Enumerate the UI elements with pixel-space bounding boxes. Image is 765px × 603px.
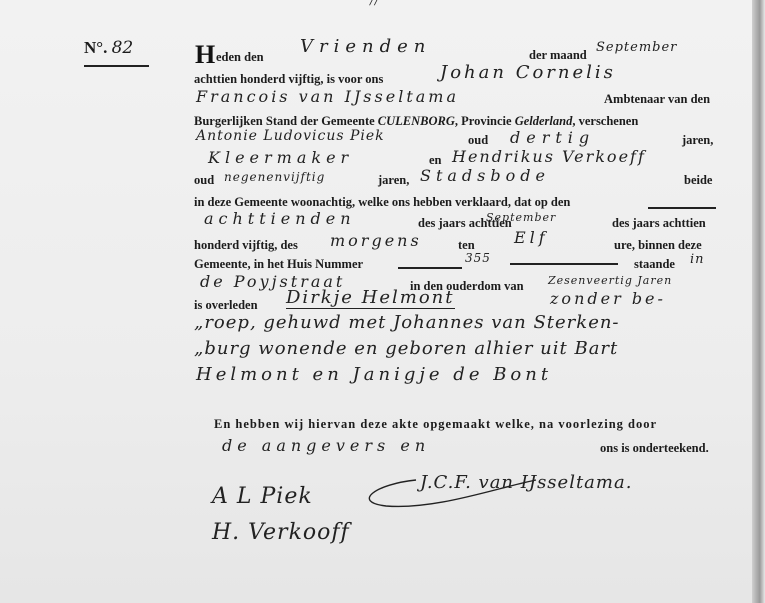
drop-cap: H <box>195 40 214 70</box>
printed-beide: beide <box>684 173 712 188</box>
handwritten-witness2-age: negenenvijftig <box>224 170 325 184</box>
handwritten-age-deceased: Zesenveertig Jaren <box>548 274 672 287</box>
printed-year-line: achttien honderd vijftig, is voor ons <box>194 72 383 87</box>
printed-oud-1: oud <box>468 133 488 148</box>
page-edge <box>752 0 765 603</box>
handwritten-hour: Elf <box>514 228 549 247</box>
handwritten-day: Vrienden <box>300 36 431 57</box>
act-number: N°. 82 <box>84 38 133 58</box>
handwritten-in: in <box>690 252 705 267</box>
blank-line-1 <box>648 207 716 209</box>
blank-line-2 <box>398 267 462 269</box>
handwritten-spouse-line: „roep, gehuwd met Johannes van Sterken- <box>194 312 620 333</box>
handwritten-registrar-name-1: Johan Cornelis <box>440 62 616 83</box>
signature-witness2: H. Verkooff <box>212 520 350 545</box>
handwritten-aangevers: de aangevers en <box>222 436 430 455</box>
signature-flourish <box>356 474 556 514</box>
top-pen-mark: // <box>370 0 379 7</box>
printed-jaren-2: jaren, <box>378 173 409 188</box>
handwritten-death-day: achttienden <box>204 209 356 228</box>
printed-oud-2: oud <box>194 173 214 188</box>
handwritten-month: September <box>596 40 677 55</box>
handwritten-witness1-name: Antonie Ludovicus Piek <box>196 128 385 144</box>
handwritten-death-month: September <box>486 211 556 224</box>
handwritten-residence-line: „burg wonende en geboren alhier uit Bart <box>194 338 618 359</box>
printed-burgerlijken-stand: Burgerlijken Stand der Gemeente CULENBOR… <box>194 114 638 129</box>
province-name: Gelderland <box>515 114 573 128</box>
printed-jaren-1: jaren, <box>682 133 713 148</box>
act-number-value: 82 <box>112 38 134 58</box>
municipality-name: CULENBORG <box>378 114 455 128</box>
handwritten-time-of-day: morgens <box>330 231 422 250</box>
printed-is-overleden: is overleden <box>194 298 258 313</box>
printed-honderd-vijftig: honderd vijftig, des <box>194 238 298 253</box>
handwritten-registrar-name-2: Francois van IJsseltama <box>196 87 459 106</box>
act-number-label: N°. <box>84 38 107 57</box>
printed-heden-den: eden den <box>216 50 264 65</box>
printed-closing-clause: En hebben wij hiervan deze akte opgemaak… <box>214 417 657 432</box>
handwritten-house-number: 355 <box>465 251 491 265</box>
printed-onderteekend: ons is onderteekend. <box>600 441 709 456</box>
handwritten-zonder-beroep: zonder be- <box>550 289 666 308</box>
handwritten-witness2-occupation: Stadsbode <box>420 166 550 185</box>
certificate-page: // N°. 82 H eden den Vrienden der maand … <box>0 0 752 603</box>
printed-des-jaars: des jaars achttien <box>612 216 706 231</box>
printed-ure-binnen: ure, binnen deze <box>614 238 702 253</box>
handwritten-witness1-age: dertig <box>510 128 595 147</box>
signature-witness1: A L Piek <box>212 484 313 509</box>
handwritten-deceased-name: Dirkje Helmont <box>286 287 455 309</box>
printed-ambtenaar: Ambtenaar van den <box>604 92 710 107</box>
printed-huis-nummer: Gemeente, in het Huis Nummer <box>194 257 363 272</box>
printed-staande: staande <box>634 257 675 272</box>
blank-line-3 <box>510 263 618 265</box>
printed-woonachtig: in deze Gemeente woonachtig, welke ons h… <box>194 195 570 210</box>
handwritten-witness1-occupation: Kleermaker <box>208 148 353 167</box>
handwritten-witness2-name: Hendrikus Verkoeff <box>452 147 646 166</box>
act-number-underline <box>84 65 149 67</box>
handwritten-parents-line: Helmont en Janigje de Bont <box>196 364 552 385</box>
printed-der-maand: der maand <box>529 48 587 63</box>
